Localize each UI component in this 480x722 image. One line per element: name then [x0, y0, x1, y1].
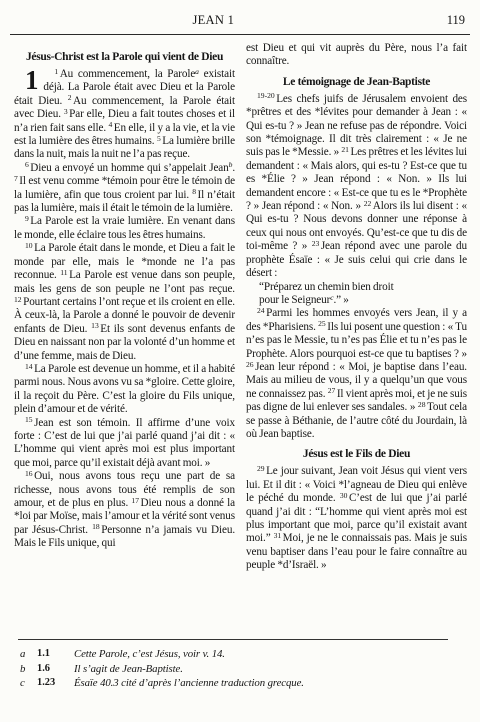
verse-number: 11: [60, 268, 67, 277]
verse-number: 29: [257, 464, 265, 473]
footnote-text: Il s’agit de Jean-Baptiste.: [74, 662, 183, 677]
footnote-marker: b: [14, 662, 37, 677]
verse-number: 16: [25, 469, 33, 478]
chapter-number: 1: [14, 69, 38, 92]
verse-paragraph: est Dieu et qui vit auprès du Père, nous…: [246, 42, 467, 69]
footnote-verse-ref: 1.23: [37, 676, 74, 691]
verse-number: 12: [14, 295, 22, 304]
section-heading: Jésus est le Fils de Dieu: [246, 448, 467, 460]
verse-number: 28: [418, 400, 426, 409]
footnote-text: Cette Parole, c’est Jésus, voir v. 14.: [74, 647, 225, 662]
verse-number: 13: [91, 321, 99, 330]
verse-number: 15: [25, 415, 33, 424]
right-column: est Dieu et qui vit auprès du Père, nous…: [246, 42, 467, 633]
page-number: 119: [447, 13, 465, 28]
verse-paragraph: 10La Parole était dans le monde, et Dieu…: [14, 242, 235, 363]
running-header: JEAN 1 119: [14, 13, 467, 29]
footnote-row: c1.23Ésaïe 40.3 cité d’après l’ancienne …: [14, 676, 467, 691]
verse-paragraph: 19-20Les chefs juifs de Jérusalem envoie…: [246, 93, 467, 281]
verse-number: 30: [340, 491, 348, 500]
header-rule: [10, 34, 470, 35]
verse-number: 10: [25, 241, 33, 250]
verse-number: 17: [131, 496, 139, 505]
bible-page: JEAN 1 119 Jésus-Christ est la Parole qu…: [0, 0, 480, 722]
footnote-ref: c: [330, 293, 333, 302]
verse-number: 27: [328, 386, 336, 395]
verse-paragraph: 6Dieu a envoyé un homme qui s’appelait J…: [14, 162, 235, 216]
footnote-row: b1.6Il s’agit de Jean-Baptiste.: [14, 662, 467, 677]
verse-number: 18: [92, 522, 100, 531]
footnote-verse-ref: 1.6: [37, 662, 74, 677]
verse-number: 25: [318, 319, 326, 328]
verse-number: 6: [25, 160, 29, 169]
verse-number: 21: [341, 145, 349, 154]
verse-paragraph: 29Le jour suivant, Jean voit Jésus qui v…: [246, 465, 467, 572]
verse-number: 9: [25, 214, 29, 223]
verse-paragraph: 9La Parole est la vraie lumière. En vena…: [14, 215, 235, 242]
verse-paragraph: 14La Parole est devenue un homme, et il …: [14, 363, 235, 417]
verse-number: 22: [364, 199, 372, 208]
footnote-ref: a: [195, 67, 199, 76]
running-title: JEAN 1: [192, 13, 234, 28]
verse-number: 31: [274, 531, 282, 540]
section-heading: Le témoignage de Jean-Baptiste: [246, 76, 467, 88]
footnotes: a1.1Cette Parole, c’est Jésus, voir v. 1…: [14, 647, 467, 691]
verse-number: 2: [68, 93, 72, 102]
text-columns: Jésus-Christ est la Parole qui vient de …: [14, 42, 467, 633]
verse-number: 3: [64, 107, 68, 116]
footnote-text: Ésaïe 40.3 cité d’après l’ancienne tradu…: [74, 676, 304, 691]
footnote-rule: [18, 639, 448, 640]
verse-number: 4: [108, 120, 112, 129]
footnote-marker: a: [14, 647, 37, 662]
verse-paragraph: 15Jean est son témoin. Il affirme d’une …: [14, 417, 235, 471]
footnote-marker: c: [14, 676, 37, 691]
footnote-row: a1.1Cette Parole, c’est Jésus, voir v. 1…: [14, 647, 467, 662]
scripture-quote: “Préparez un chemin bien droitpour le Se…: [246, 281, 467, 308]
verse-paragraph: 16Oui, nous avons tous reçu une part de …: [14, 470, 235, 550]
verse-number: 14: [25, 362, 33, 371]
footnote-ref: b: [229, 160, 233, 169]
verse-number: 26: [246, 360, 254, 369]
verse-number: 5: [157, 134, 161, 143]
verse-paragraph: 11Au commencement, la Parolea existait d…: [14, 68, 235, 162]
verse-number: 23: [312, 239, 320, 248]
verse-paragraph: 24Parmi les hommes envoyés vers Jean, il…: [246, 307, 467, 441]
left-column: Jésus-Christ est la Parole qui vient de …: [14, 42, 235, 633]
verse-number: 1: [54, 67, 58, 76]
verse-number: 8: [192, 187, 196, 196]
quote-line: “Préparez un chemin bien droit: [246, 281, 467, 294]
verse-number: 7: [14, 174, 18, 183]
footnote-verse-ref: 1.1: [37, 647, 74, 662]
quote-line: pour le Seigneurc.” »: [246, 294, 467, 307]
verse-number: 19-20: [257, 91, 275, 100]
verse-number: 24: [257, 306, 265, 315]
section-heading: Jésus-Christ est la Parole qui vient de …: [14, 51, 235, 63]
